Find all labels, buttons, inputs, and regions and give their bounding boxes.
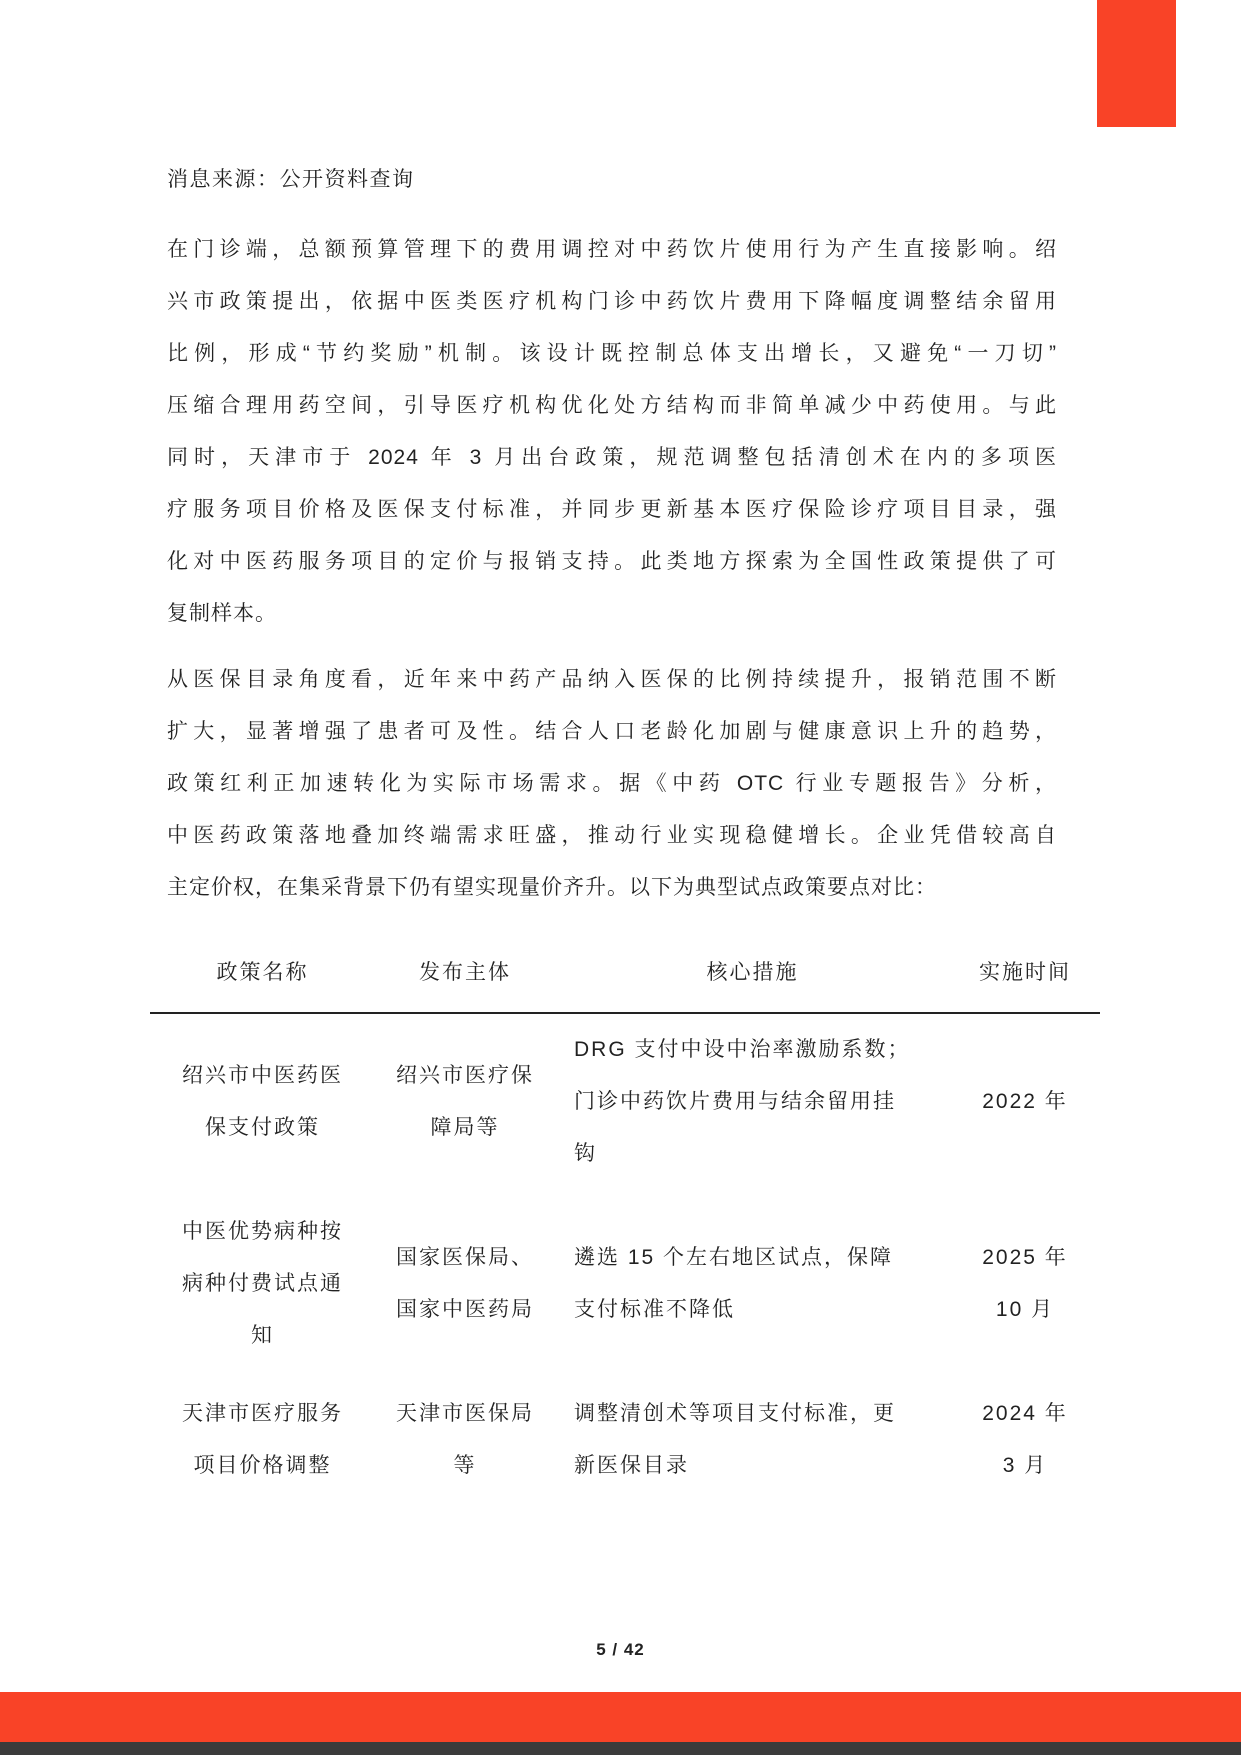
paragraph-line: 疗服务项目价格及医保支付标准，并同步更新基本医疗保险诊疗项目目录，强 [167, 484, 1057, 536]
paragraph-line: 比例，形成“节约奖励”机制。该设计既控制总体支出增长，又避免“一刀切” [167, 328, 1057, 380]
paragraph-line: 扩大，显著增强了患者可及性。结合人口老龄化加剧与健康意识上升的趋势， [167, 706, 1057, 758]
bottom-dark-strip [0, 1742, 1241, 1755]
policy-table-header: 政策名称 发布主体 核心措施 实施时间 [150, 947, 1100, 999]
paragraph-line: 中医药政策落地叠加终端需求旺盛，推动行业实现稳健增长。企业凭借较高自 [167, 810, 1057, 862]
paragraph-line: 在门诊端，总额预算管理下的费用调控对中药饮片使用行为产生直接影响。绍 [167, 224, 1057, 276]
paragraph-line: 兴市政策提出，依据中医类医疗机构门诊中药饮片费用下降幅度调整结余留用 [167, 276, 1057, 328]
table-cell-measures: 调整清创术等项目支付标准，更 新医保目录 [555, 1388, 950, 1492]
table-cell-measures: DRG 支付中设中治率激励系数； 门诊中药饮片费用与结余留用挂 钩 [555, 1024, 950, 1180]
page-number: 5 / 42 [0, 1640, 1241, 1660]
paragraph-line: 同时，天津市于 2024 年 3 月出台政策，规范调整包括清创术在内的多项医 [167, 432, 1057, 484]
paragraph-line: 压缩合理用药空间，引导医疗机构优化处方结构而非简单减少中药使用。与此 [167, 380, 1057, 432]
paragraph-line: 化对中医药服务项目的定价与报销支持。此类地方探索为全国性政策提供了可 [167, 536, 1057, 588]
table-cell-measures: 遴选 15 个左右地区试点，保障 支付标准不降低 [555, 1232, 950, 1336]
table-cell-issuer: 绍兴市医疗保 障局等 [375, 1050, 555, 1154]
source-line: 消息来源：公开资料查询 [167, 154, 1057, 206]
table-cell-time: 2024 年 3 月 [950, 1388, 1100, 1492]
paragraph-line: 主定价权，在集采背景下仍有望实现量价齐升。以下为典型试点政策要点对比： [167, 862, 1057, 914]
document-page: 消息来源：公开资料查询 在门诊端，总额预算管理下的费用调控对中药饮片使用行为产生… [0, 0, 1241, 1755]
paragraph-line: 从医保目录角度看，近年来中药产品纳入医保的比例持续提升，报销范围不断 [167, 654, 1057, 706]
table-header-core-measures: 核心措施 [555, 947, 950, 999]
table-cell-policy: 中医优势病种按 病种付费试点通 知 [150, 1206, 375, 1362]
table-cell-time: 2022 年 [950, 1076, 1100, 1128]
paragraph-line: 政策红利正加速转化为实际市场需求。据《中药 OTC 行业专题报告》分析， [167, 758, 1057, 810]
table-cell-issuer: 国家医保局、 国家中医药局 [375, 1232, 555, 1336]
table-header-implementation-time: 实施时间 [950, 947, 1100, 999]
table-header-policy-name: 政策名称 [150, 947, 375, 999]
paragraph-outpatient-policy: 在门诊端，总额预算管理下的费用调控对中药饮片使用行为产生直接影响。绍兴市政策提出… [167, 224, 1057, 640]
top-right-accent-block [1097, 0, 1176, 127]
paragraph-medical-insurance-catalog: 从医保目录角度看，近年来中药产品纳入医保的比例持续提升，报销范围不断扩大，显著增… [167, 654, 1057, 914]
bottom-accent-bar [0, 1692, 1241, 1742]
table-header-issuer: 发布主体 [375, 947, 555, 999]
policy-table-body: 绍兴市中医药医 保支付政策绍兴市医疗保 障局等DRG 支付中设中治率激励系数； … [150, 1024, 1100, 1492]
table-cell-issuer: 天津市医保局 等 [375, 1388, 555, 1492]
paragraph-line: 复制样本。 [167, 588, 1057, 640]
table-header-rule [150, 1012, 1100, 1014]
table-cell-policy: 绍兴市中医药医 保支付政策 [150, 1050, 375, 1154]
table-cell-time: 2025 年 10 月 [950, 1232, 1100, 1336]
table-cell-policy: 天津市医疗服务 项目价格调整 [150, 1388, 375, 1492]
